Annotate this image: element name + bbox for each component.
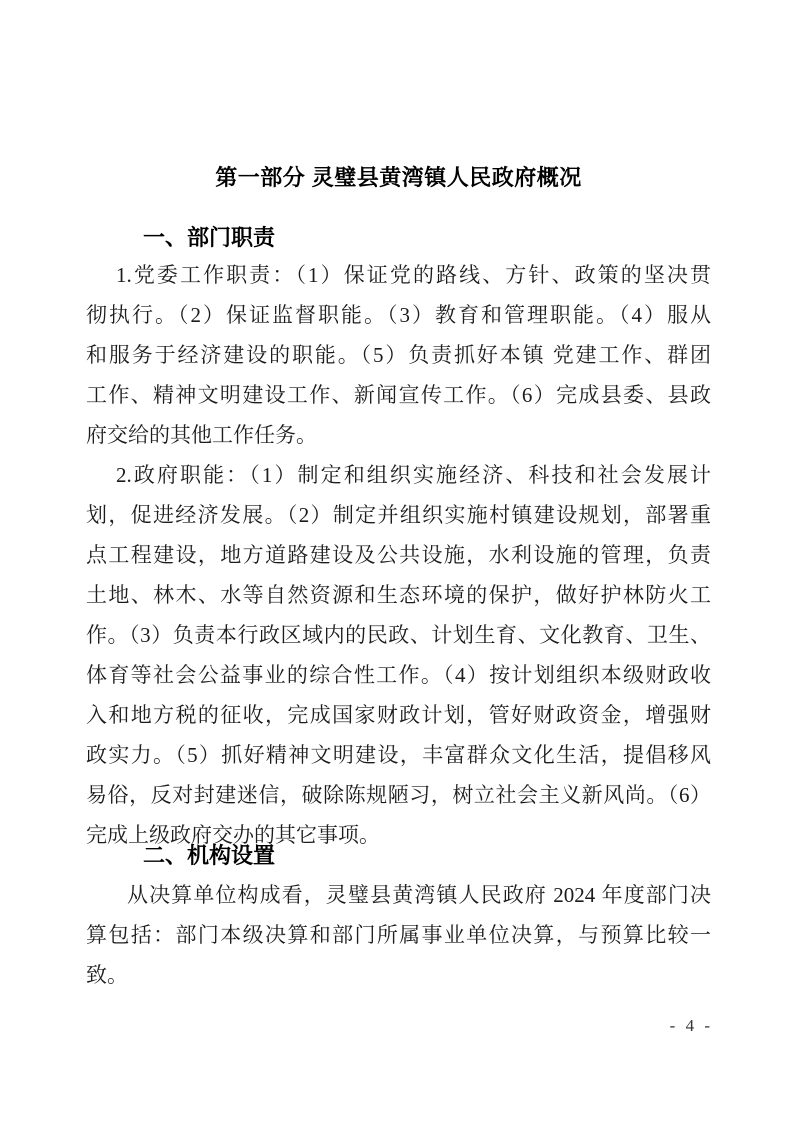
document-title: 第一部分 灵璧县黄湾镇人民政府概况	[86, 163, 711, 193]
page-number: - 4 -	[670, 1016, 713, 1036]
text-line: 府交给的其他工作任务。	[86, 415, 711, 455]
text-line: 2.政府职能：（1）制定和组织实施经济、科技和社会发展计	[86, 455, 711, 495]
paragraph-party-duties: 1.党委工作职责：（1）保证党的路线、方针、政策的坚决贯 彻执行。（2）保证监督…	[86, 255, 711, 455]
text-line: 点工程建设，地方道路建设及公共设施，水利设施的管理，负责	[86, 535, 711, 575]
paragraph-government-functions: 2.政府职能：（1）制定和组织实施经济、科技和社会发展计 划，促进经济发展。（2…	[86, 455, 711, 855]
text-line: 体育等社会公益事业的综合性工作。（4）按计划组织本级财政收	[86, 655, 711, 695]
text-line: 彻执行。（2）保证监督职能。（3）教育和管理职能。（4）服从	[86, 295, 711, 335]
text-line: 从决算单位构成看，灵璧县黄湾镇人民政府 2024 年度部门决	[86, 875, 711, 915]
text-line: 算包括：部门本级决算和部门所属事业单位决算，与预算比较一	[86, 915, 711, 955]
section-heading-organization: 二、机构设置	[86, 842, 711, 870]
text-line: 入和地方税的征收，完成国家财政计划，管好财政资金，增强财	[86, 695, 711, 735]
text-line: 政实力。（5）抓好精神文明建设，丰富群众文化生活，提倡移风	[86, 735, 711, 775]
text-line: 致。	[86, 955, 711, 995]
text-line: 工作、精神文明建设工作、新闻宣传工作。（6）完成县委、县政	[86, 375, 711, 415]
document-page: 第一部分 灵璧县黄湾镇人民政府概况 一、部门职责 1.党委工作职责：（1）保证党…	[0, 0, 793, 1122]
text-line: 和服务于经济建设的职能。（5）负责抓好本镇 党建工作、群团	[86, 335, 711, 375]
paragraph-organization: 从决算单位构成看，灵璧县黄湾镇人民政府 2024 年度部门决 算包括：部门本级决…	[86, 875, 711, 995]
section-heading-duties: 一、部门职责	[86, 224, 711, 252]
text-line: 1.党委工作职责：（1）保证党的路线、方针、政策的坚决贯	[86, 255, 711, 295]
text-line: 土地、林木、水等自然资源和生态环境的保护，做好护林防火工	[86, 575, 711, 615]
text-line: 划，促进经济发展。（2）制定并组织实施村镇建设规划，部署重	[86, 495, 711, 535]
text-line: 作。（3）负责本行政区域内的民政、计划生育、文化教育、卫生、	[86, 615, 711, 655]
text-line: 易俗，反对封建迷信，破除陈规陋习，树立社会主义新风尚。（6）	[86, 775, 711, 815]
